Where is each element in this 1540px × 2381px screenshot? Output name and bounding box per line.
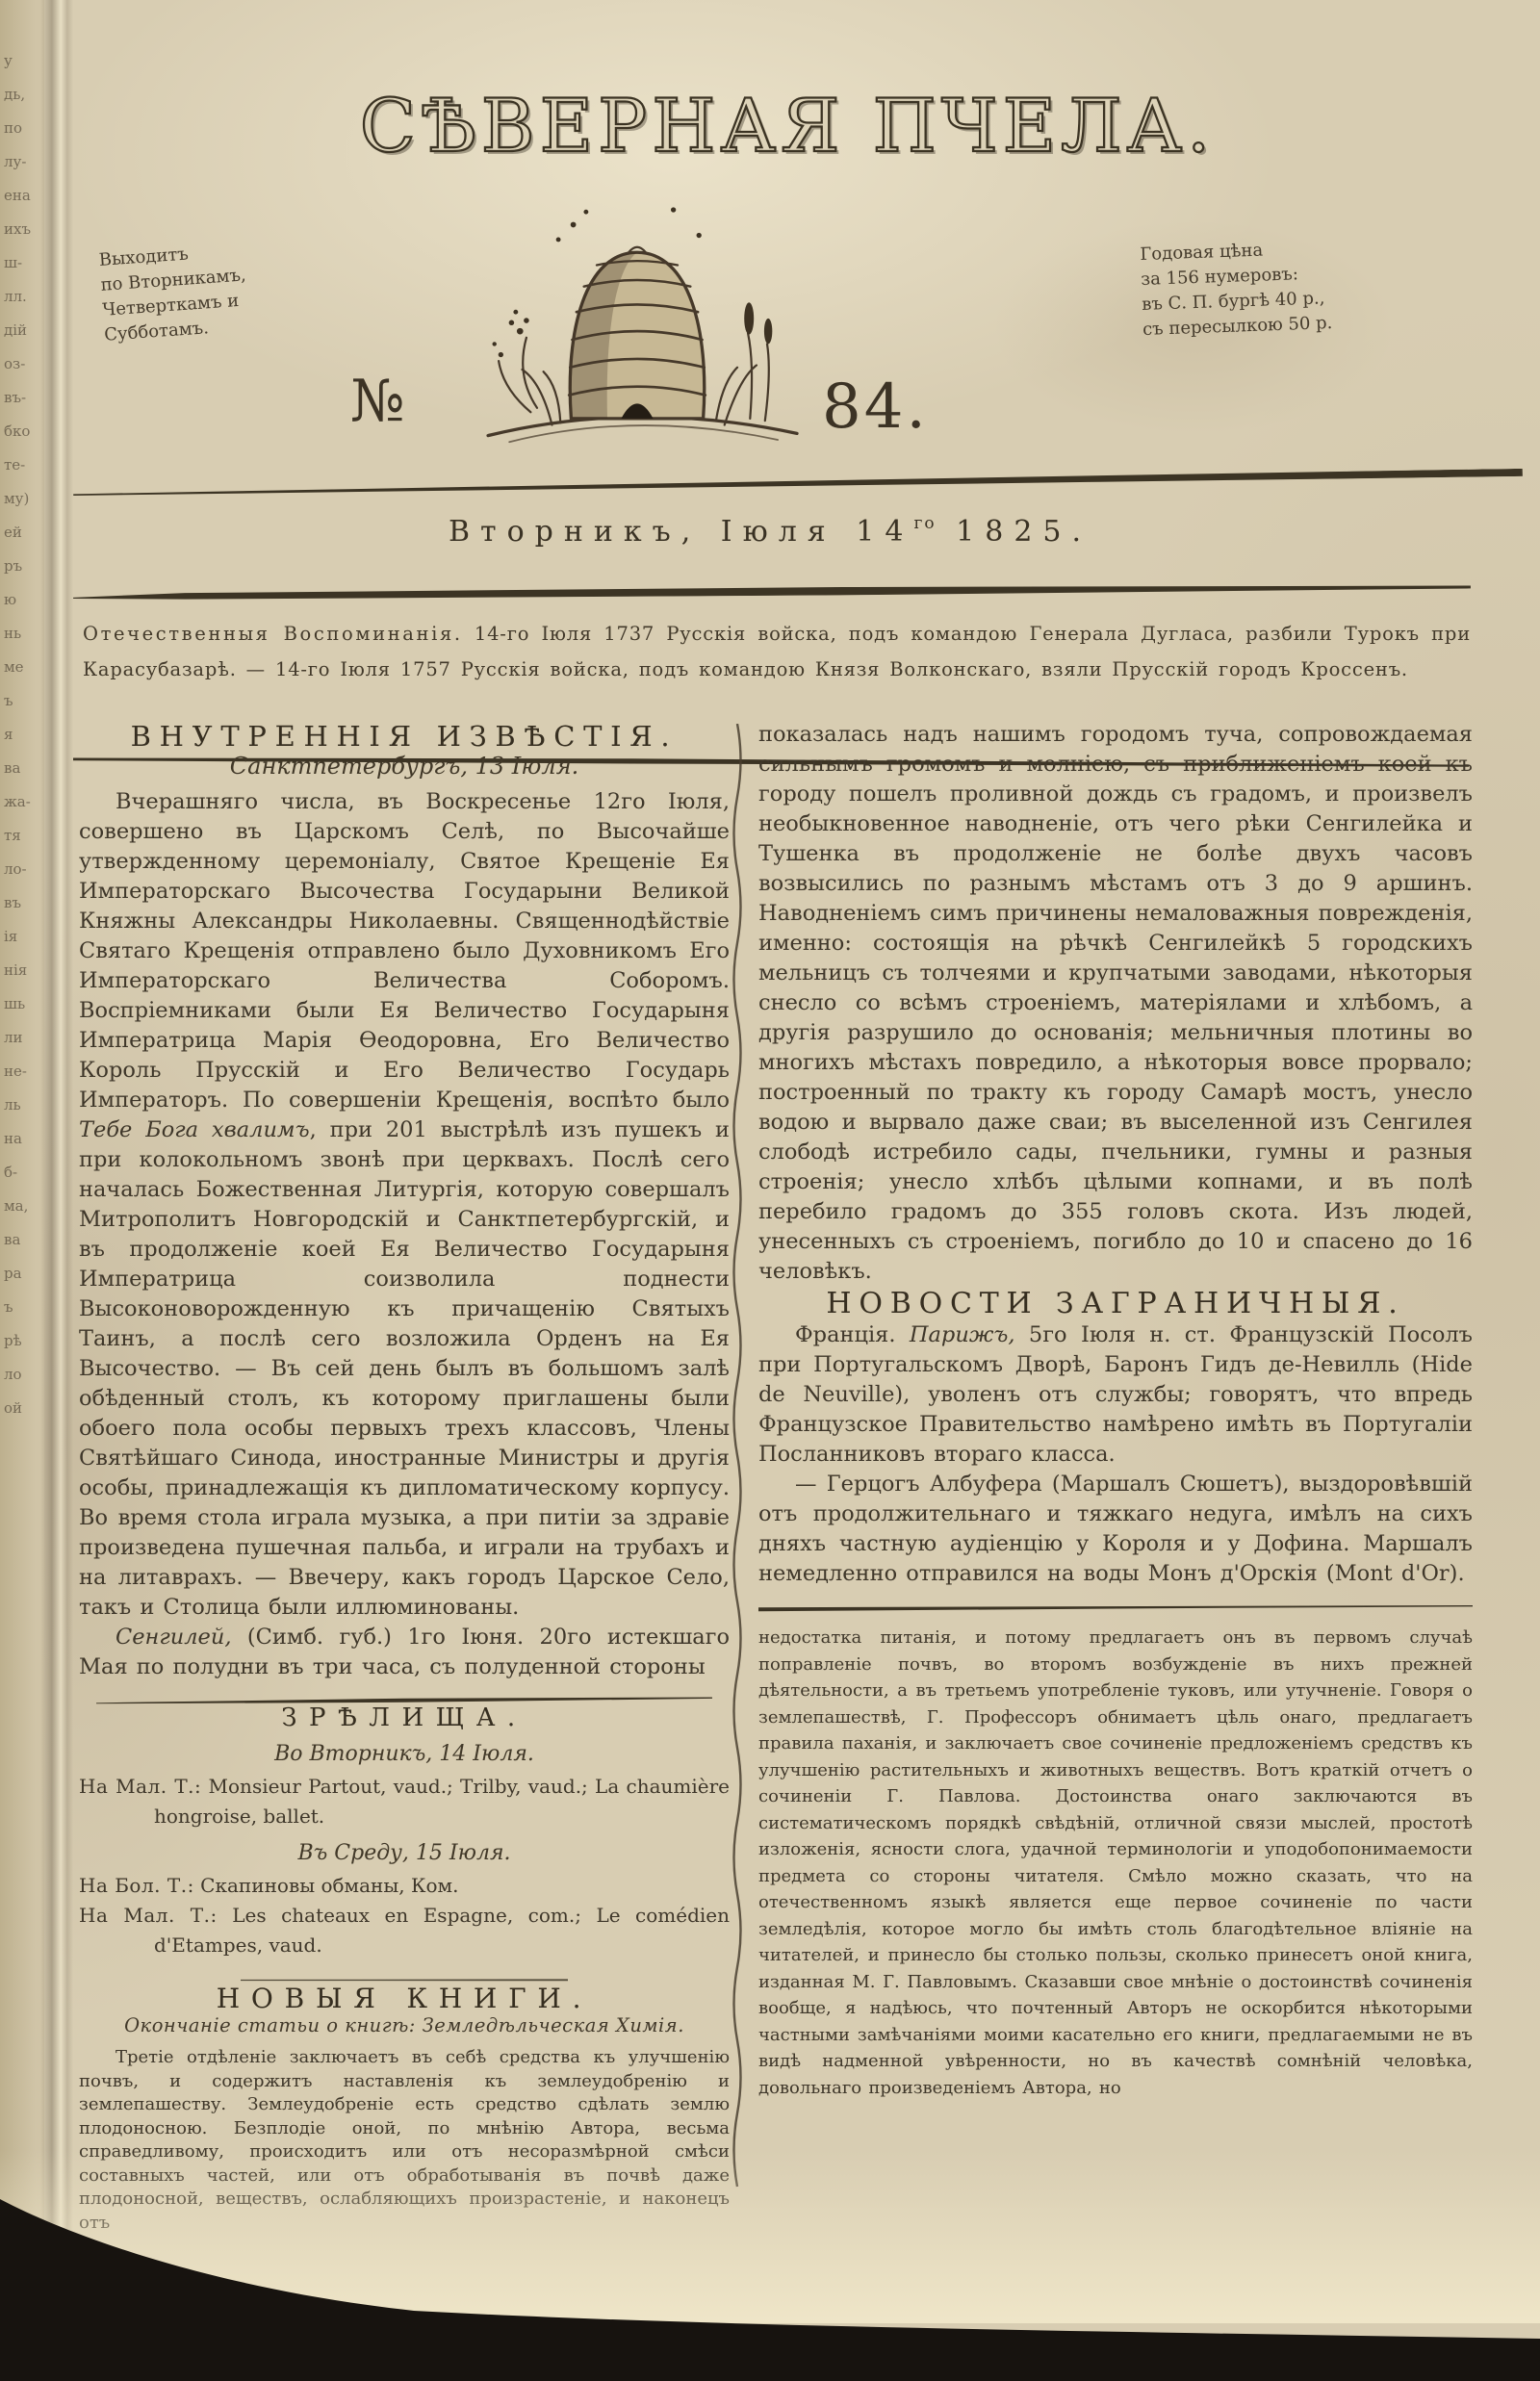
column-divider-line xyxy=(730,724,745,2196)
page-fold-shadow xyxy=(40,0,73,2381)
right-column: показалась надъ нашимъ городомъ туча, со… xyxy=(758,720,1473,2101)
review-subtitle: Окончаніе статьи о книгѣ: Земледѣльческа… xyxy=(79,2014,730,2036)
issue-year: 1825. xyxy=(937,515,1091,549)
city-lead-italic: Парижъ, xyxy=(896,1322,1015,1347)
section-heading-foreign-news: НОВОСТИ ЗАГРАНИЧНЫЯ. xyxy=(758,1287,1473,1320)
foreign-news-paragraph: Франція. Парижъ, 5го Іюля н. ст. Француз… xyxy=(758,1320,1473,1470)
scan-background-bottom xyxy=(0,2083,1540,2381)
section-heading-new-books: НОВЫЯ КНИГИ. xyxy=(79,1983,730,2014)
memorial-lead: Отечественныя Воспоминанія. xyxy=(83,623,463,645)
playbill-entry: На Мал. Т.: Monsieur Partout, vaud.; Tri… xyxy=(79,1772,730,1831)
article-paragraph: Сенгилей, (Симб. губ.) 1го Іюня. 20го ис… xyxy=(79,1623,730,1682)
playbill-titles: Скапиновы обманы, Ком. xyxy=(194,1874,459,1897)
theatre-abbrev: На Мал. Т.: xyxy=(79,1775,201,1798)
horizontal-rule-under-date xyxy=(73,582,1471,603)
publication-schedule: Выходитъ по Вторникамъ, Четверткамъ и Су… xyxy=(98,229,374,347)
paragraph-text: , при 201 выстрѣлѣ изъ пушекъ и при коло… xyxy=(79,1117,730,1620)
article-dateline-stpetersburg: Санктпетербургъ, 13 Іюля. xyxy=(79,753,730,780)
date-ordinal-superscript: го xyxy=(913,514,936,533)
beehive-vignette-icon xyxy=(445,150,830,470)
foreign-news-paragraph: — Герцогъ Албуфера (Маршалъ Сюшетъ), выз… xyxy=(758,1470,1473,1589)
playbill-titles: Monsieur Partout, vaud.; Trilby, vaud.; … xyxy=(154,1775,730,1828)
horizontal-rule-top xyxy=(73,469,1523,499)
patriotic-memories-note: Отечественныя Воспоминанія. 14-го Іюля 1… xyxy=(83,616,1471,687)
playbill-day: Во Вторникъ, 14 Іюля. xyxy=(79,1742,730,1766)
place-lead-italic: Сенгилей, xyxy=(115,1625,232,1650)
article-paragraph: Вчерашняго числа, въ Воскресенье 12го Ію… xyxy=(79,787,730,1623)
playbill-entry: На Бол. Т.: Скапиновы обманы, Ком. xyxy=(79,1871,730,1901)
issue-dateline: Вторникъ, Іюля 14го 1825. xyxy=(192,514,1347,549)
subscription-price: Годовая цѣна за 156 нумеровъ: въ С. П. б… xyxy=(1140,232,1450,343)
issue-number: 84. xyxy=(822,371,929,443)
feuilleton-rule xyxy=(758,1602,1473,1613)
issue-date: Вторникъ, Іюля 14 xyxy=(449,515,913,549)
newspaper-page: у дь, по лу- ена ихъ ш- лл. дій оз- въ- … xyxy=(0,0,1540,2381)
country-lead: Франція. xyxy=(795,1322,896,1347)
theatre-abbrev: На Бол. Т.: xyxy=(79,1874,194,1897)
playbill-entry: На Мал. Т.: Les chateaux en Espagne, com… xyxy=(79,1901,730,1960)
section-heading-spectacles: ЗРѢЛИЩА. xyxy=(79,1703,730,1732)
hymn-title-italic: Тебе Бога хвалимъ xyxy=(79,1117,310,1142)
adjacent-page-text-fragments: у дь, по лу- ена ихъ ш- лл. дій оз- въ- … xyxy=(4,44,42,1425)
left-column: ВНУТРЕННІЯ ИЗВѢСТІЯ. Санктпетербургъ, 13… xyxy=(79,720,730,2235)
theatre-abbrev: На Мал. Т.: xyxy=(79,1904,218,1927)
issue-number-symbol: № xyxy=(350,368,405,435)
section-heading-domestic-news: ВНУТРЕННІЯ ИЗВѢСТІЯ. xyxy=(79,720,730,753)
flood-report-continuation: показалась надъ нашимъ городомъ туча, со… xyxy=(758,720,1473,1287)
adjacent-page-edge: у дь, по лу- ена ихъ ш- лл. дій оз- въ- … xyxy=(0,0,44,2381)
playbill-titles: Les chateaux en Espagne, com.; Le comédi… xyxy=(154,1904,730,1957)
playbill-day: Въ Среду, 15 Іюля. xyxy=(79,1841,730,1865)
review-continuation-paragraph: недостатка питанія, и потому предлагаетъ… xyxy=(758,1625,1473,2101)
paragraph-text: Вчерашняго числа, въ Воскресенье 12го Ію… xyxy=(79,789,730,1113)
